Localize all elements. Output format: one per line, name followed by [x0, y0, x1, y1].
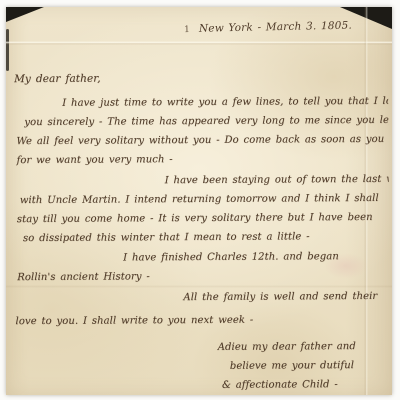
fold-crease-horizontal-top: [6, 41, 392, 45]
dateline: New York - March 3. 1805.: [199, 20, 352, 35]
torn-corner-top-left: [6, 7, 44, 22]
letter-line: I have just time to write you a few line…: [14, 92, 388, 113]
scanned-letter-image: 1 New York - March 3. 1805. My dear fath…: [0, 0, 400, 400]
letter-line: stay till you come home - It is very sol…: [15, 208, 389, 229]
letter-line: I have been staying out of town the last…: [15, 170, 389, 191]
torn-left-edge: [6, 29, 9, 71]
letter-line: Adieu my dear father and: [16, 337, 390, 358]
dateline-row: 1 New York - March 3. 1805.: [184, 19, 384, 35]
letter-line: so dissipated this winter that I mean to…: [15, 227, 389, 248]
letter-line: We all feel very solitary without you - …: [14, 130, 388, 151]
letter-line: for we want you very much -: [15, 149, 389, 170]
letter-line: All the family is well and send their: [15, 287, 389, 308]
page-number: 1: [184, 25, 190, 35]
salutation: My dear father,: [14, 68, 388, 94]
letter-line: & affectionate Child -: [16, 375, 390, 396]
letter-line: love to you. I shall write to you next w…: [15, 310, 389, 331]
letter-line: with Uncle Martin. I intend returning to…: [15, 189, 389, 210]
letter-body: My dear father, I have just time to writ…: [14, 68, 390, 396]
letter-line: you sincerely - The time has appeared ve…: [14, 111, 388, 132]
letter-line: I have finished Charles 12th. and began: [15, 247, 389, 268]
letter-line: Rollin's ancient History -: [15, 266, 389, 287]
letter-paper: 1 New York - March 3. 1805. My dear fath…: [6, 7, 392, 395]
letter-line: believe me your dutiful: [16, 356, 390, 377]
